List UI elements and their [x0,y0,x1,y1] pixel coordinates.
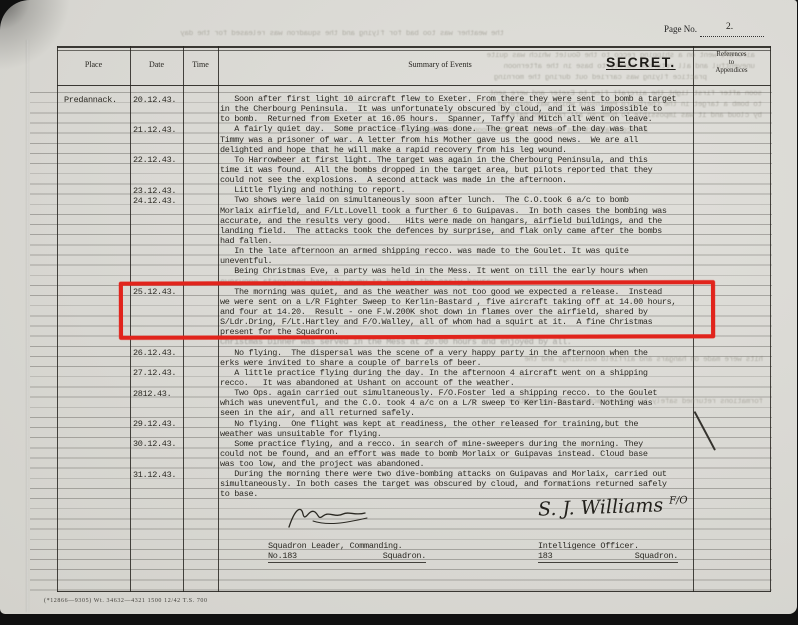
entry-text-line: No flying. The dispersal was the scene o… [220,348,771,358]
bleedthrough-text: practice flying was carried out during t… [482,74,707,82]
column-header-references: References to Appendices [693,51,770,75]
entry-text-line: A little practice flying during the day.… [220,368,771,378]
entry-date: 22.12.43. [133,155,176,165]
entry-date: 27.12.43. [133,368,176,378]
entry-text-line: in the Cherbourg Peninsula. It was unfor… [220,104,771,114]
entry-text-line: delighted and hope that he will make a r… [220,145,771,155]
page-number-rule [700,36,764,37]
entry-text-line: seen in the air, and all returned safely… [220,408,771,418]
record-book-page: the weather was too bad for flying and t… [0,0,797,614]
entry-text-line: A fairly quiet day. Some practice flying… [220,124,771,134]
entry-row: 29.12.43. No flying. One flight was kept… [57,419,771,439]
entry-row: 26.12.43. No flying. The dispersal was t… [57,348,771,368]
entry-text-line: had fallen. [220,236,771,246]
entry-text-line: recco. It was abandoned at Ushant on acc… [220,378,771,388]
entry-text-line: No flying. One flight was kept at readin… [220,419,771,429]
entry-row: 2812.43. Two Ops. again carried out simu… [57,388,771,418]
entry-date: 20.12.43. [133,95,176,105]
entry-row: 23.12.43. Little flying and nothing to r… [57,185,771,195]
entry-text-line: to base. [220,489,771,499]
column-header-place: Place [57,60,130,69]
entry-text-line: could not be found, and an effort was ma… [220,449,771,459]
column-header-time: Time [183,60,218,69]
column-header-summary: Summary of Events [330,60,550,69]
entry-text-line: Morlaix airfield, and F/Lt.Lovell took a… [220,206,771,216]
entry-row: 20.12.43. Soon after first light 10 airc… [57,94,771,124]
entry-text-line: uneventful. [220,256,771,266]
page-number-label: Page No. [664,24,697,34]
page-crease [26,40,29,612]
entry-date: 23.12.43. [133,186,176,196]
entry-text-line: simultaneously. In both cases the target… [220,479,771,489]
table-top-border-2 [57,50,771,51]
scanned-document-photo: the weather was too bad for flying and t… [0,0,798,625]
entry-text-line: time it was found. All the bombs dropped… [220,165,771,175]
entry-text-line: to bomb. Returned from Exeter at 16.05 h… [220,114,771,124]
entry-text-line: Timmy was a prisoner of war. A letter fr… [220,135,771,145]
entry-text-line: accurate, and the results very good. Hit… [220,216,771,226]
entry-text-line: erks were invited to share a couple of b… [220,358,771,368]
entry-text-line: Soon after first light 10 aircraft flew … [220,94,771,104]
entry-row: 21.12.43. A fairly quiet day. Some pract… [57,124,771,154]
left-signature-unit: No.183 Squadron. [268,551,426,563]
entry-date: 31.12.43. [133,470,176,480]
rank-annotation: F/O [669,495,688,507]
intelligence-officer-signature: S. J. Williams F/O [538,493,688,520]
form-print-code: (*12866—9305) Wt. 34632—4321 1500 12/42 … [44,598,208,604]
right-signature-unit: 183 Squadron. [538,551,678,563]
page-number-value: 2. [726,22,733,32]
table-top-border [57,46,771,48]
entry-text-line: Two Ops. again carried out simultaneousl… [220,388,771,398]
entry-text-line: Being Christmas Eve, a party was held in… [220,266,771,276]
header-bottom-border [57,85,771,86]
entry-row: 27.12.43. A little practice flying durin… [57,368,771,388]
entry-text-line: which was uneventful, and the C.O. took … [220,398,771,408]
entry-row: 22.12.43. To Harrowbeer at first light. … [57,155,771,185]
entry-text-line: Two shows were laid on simultaneously so… [220,195,771,205]
table-bottom-border [57,591,771,593]
column-header-date: Date [130,60,183,69]
highlight-box [119,280,715,340]
entry-text-line: landing field. The attacks took the defe… [220,226,771,236]
entry-text-line: Some practice flying, and a recco. in se… [220,439,771,449]
entry-text-line: could not see the explosions. A second a… [220,175,771,185]
entry-text-line: was too low, and the project was abandon… [220,459,771,469]
entry-text-line: During the morning there were two dive-b… [220,469,771,479]
bleedthrough-text: the weather was too bad for flying and t… [84,30,504,38]
entry-text-line: weather was unsuitable for flying. [220,429,771,439]
entry-text-line: To Harrowbeer at first light. The target… [220,155,771,165]
commanding-officer-signature [283,503,375,535]
entry-text-line: In the late afternoon an armed shipping … [220,246,771,256]
right-signature-role: Intelligence Officer. [538,541,639,551]
entry-date: 2812.43. [133,389,171,399]
entry-date: 29.12.43. [133,419,176,429]
secret-stamp: SECRET. [606,54,676,70]
left-signature-role: Squadron Leader, Commanding. [268,541,402,551]
entry-date: 21.12.43. [133,125,176,135]
entry-row: 24.12.43. Two shows were laid on simulta… [57,195,771,286]
entry-date: 26.12.43. [133,348,176,358]
entry-date: 30.12.43. [133,439,176,449]
entry-date: 24.12.43. [133,196,176,206]
entry-text-line: Little flying and nothing to report. [220,185,771,195]
entry-row: 30.12.43. Some practice flying, and a re… [57,439,771,469]
